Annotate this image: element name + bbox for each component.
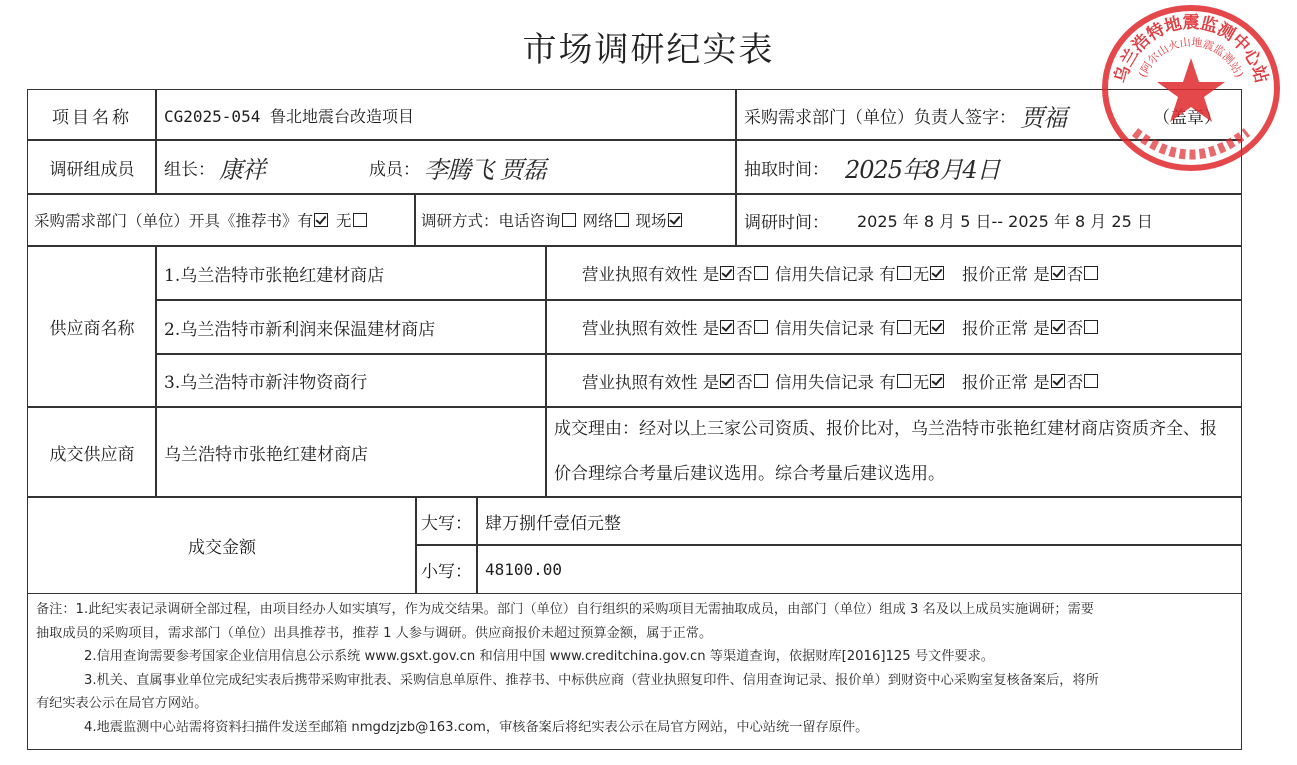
team-members-cell: 组长： 康祥 成员： 李腾飞 贾磊 [155, 139, 737, 195]
research-time-cell: 调研时间： 2025 年 8 月 5 日-- 2025 年 8 月 25 日 [735, 193, 1242, 247]
amount-label: 成交金额 [27, 496, 417, 594]
license-yes-label: 是 [703, 261, 720, 285]
winner-label: 成交供应商 [27, 406, 157, 498]
method-phone-checkbox[interactable] [562, 213, 576, 227]
note-3b: 有纪实表公示在局官方网站。 [36, 692, 1233, 716]
recommend-no-label: 无 [336, 209, 352, 231]
research-time-value: 2025 年 8 月 5 日-- 2025 年 8 月 25 日 [857, 209, 1153, 232]
note-2: 2.信用查询需要参考国家企业信用信息公示系统 www.gsxt.gov.cn 和… [36, 645, 1233, 669]
supplier-2-credit-has-checkbox[interactable] [897, 320, 911, 334]
amount-upper-value: 肆万捌仟壹佰元整 [476, 496, 1242, 546]
credit-none-label: 无 [913, 261, 930, 285]
note-4: 4.地震监测中心站需将资料扫描件发送至邮箱 nmgdzjzb@163.com，审… [36, 716, 1233, 740]
supplier-1-license-no-checkbox[interactable] [754, 266, 768, 280]
supplier-2-quote-yes-checkbox[interactable] [1051, 320, 1065, 334]
quote-yes-label: 是 [1033, 369, 1050, 393]
project-name-value: CG2025-054 鲁北地震台改造项目 [155, 89, 737, 141]
credit-none-label: 无 [913, 369, 930, 393]
supplier-3-quote-yes-checkbox[interactable] [1051, 374, 1065, 388]
method-label: 调研方式： [421, 209, 499, 231]
supplier-2-name: 2.乌兰浩特市新利润来保温建材商店 [155, 299, 547, 355]
supplier-2-license-no-checkbox[interactable] [754, 320, 768, 334]
license-yes-label: 是 [703, 315, 720, 339]
quote-label: 报价正常 [962, 369, 1028, 393]
winner-reason: 成交理由：经对以上三家公司资质、报价比对，乌兰浩特市张艳红建材商店资质齐全、报价… [545, 406, 1242, 498]
license-label: 营业执照有效性 [582, 369, 698, 393]
signature-handwriting: 贾福 [1020, 98, 1066, 133]
method-online-checkbox[interactable] [615, 213, 629, 227]
supplier-1-name: 1.乌兰浩特市张艳红建材商店 [155, 245, 547, 301]
recommend-yes-checkbox[interactable] [314, 213, 328, 227]
recommend-text: 采购需求部门（单位）开具《推荐书》有 [34, 209, 313, 231]
note-1b: 抽取成员的采购项目，需求部门（单位）出具推荐书，推荐 1 人参与调研。供应商报价… [36, 622, 1233, 646]
quote-no-label: 否 [1067, 315, 1084, 339]
leader-signature: 康祥 [219, 150, 369, 185]
project-name-label: 项目名称 [27, 89, 157, 141]
method-onsite-label: 现场 [636, 209, 667, 231]
supplier-1-checks: 营业执照有效性 是否 信用失信记录 有无 报价正常 是否 [545, 245, 1242, 301]
supplier-1-credit-none-checkbox[interactable] [930, 266, 944, 280]
supplier-3-quote-no-checkbox[interactable] [1084, 374, 1098, 388]
supplier-2-credit-none-checkbox[interactable] [930, 320, 944, 334]
credit-label: 信用失信记录 [775, 369, 874, 393]
signature-label: 采购需求部门（单位）负责人签字： [744, 103, 1016, 128]
credit-none-label: 无 [913, 315, 930, 339]
supplier-3-name: 3.乌兰浩特市新沣物资商行 [155, 353, 547, 408]
members-signature: 李腾飞 贾磊 [424, 150, 546, 185]
supplier-1-quote-yes-checkbox[interactable] [1051, 266, 1065, 280]
supplier-1-license-yes-checkbox[interactable] [720, 266, 734, 280]
members-label: 成员： [369, 155, 420, 180]
note-1a: 备注：1.此纪实表记录调研全部过程，由项目经办人如实填写，作为成交结果。部门（单… [36, 598, 1233, 622]
supplier-2-license-yes-checkbox[interactable] [720, 320, 734, 334]
method-onsite-checkbox[interactable] [668, 213, 682, 227]
amount-lower-value: 48100.00 [476, 544, 1242, 594]
license-no-label: 否 [736, 369, 753, 393]
license-no-label: 否 [736, 315, 753, 339]
suppliers-label: 供应商名称 [27, 245, 157, 408]
credit-has-label: 有 [879, 261, 896, 285]
credit-has-label: 有 [879, 369, 896, 393]
supplier-3-credit-none-checkbox[interactable] [930, 374, 944, 388]
quote-yes-label: 是 [1033, 261, 1050, 285]
notes-section: 备注：1.此纪实表记录调研全部过程，由项目经办人如实填写，作为成交结果。部门（单… [27, 593, 1242, 750]
license-no-label: 否 [736, 261, 753, 285]
quote-no-label: 否 [1067, 261, 1084, 285]
recommend-cell: 采购需求部门（单位）开具《推荐书》有 无 [27, 193, 416, 247]
license-yes-label: 是 [703, 369, 720, 393]
research-time-label: 调研时间： [744, 208, 829, 233]
supplier-3-checks: 营业执照有效性 是否 信用失信记录 有无 报价正常 是否 [545, 353, 1242, 408]
supplier-3-license-yes-checkbox[interactable] [720, 374, 734, 388]
license-label: 营业执照有效性 [582, 315, 698, 339]
quote-label: 报价正常 [962, 315, 1028, 339]
team-label: 调研组成员 [27, 139, 157, 195]
leader-label: 组长： [164, 155, 215, 180]
supplier-2-checks: 营业执照有效性 是否 信用失信记录 有无 报价正常 是否 [545, 299, 1242, 355]
page-title: 市场调研纪实表 [0, 22, 1297, 71]
supplier-2-quote-no-checkbox[interactable] [1084, 320, 1098, 334]
quote-yes-label: 是 [1033, 315, 1050, 339]
method-online-label: 网络 [583, 209, 614, 231]
supplier-3-credit-has-checkbox[interactable] [897, 374, 911, 388]
draw-time-cell: 抽取时间： 2025年8月4日 [735, 139, 1242, 195]
amount-lower-label: 小写： [415, 544, 478, 594]
quote-no-label: 否 [1067, 369, 1084, 393]
winner-value: 乌兰浩特市张艳红建材商店 [155, 406, 547, 498]
recommend-no-checkbox[interactable] [353, 213, 367, 227]
license-label: 营业执照有效性 [582, 261, 698, 285]
quote-label: 报价正常 [962, 261, 1028, 285]
credit-label: 信用失信记录 [775, 315, 874, 339]
note-3a: 3.机关、直属事业单位完成纪实表后携带采购审批表、采购信息单原件、推荐书、中标供… [36, 669, 1233, 693]
supplier-3-license-no-checkbox[interactable] [754, 374, 768, 388]
seal-label: （盖章） [1153, 103, 1221, 128]
method-phone-label: 电话咨询 [499, 209, 561, 231]
method-cell: 调研方式： 电话咨询 网络 现场 [414, 193, 737, 247]
credit-has-label: 有 [879, 315, 896, 339]
supplier-1-quote-no-checkbox[interactable] [1084, 266, 1098, 280]
draw-time-label: 抽取时间： [744, 155, 829, 180]
credit-label: 信用失信记录 [775, 261, 874, 285]
signature-cell: 采购需求部门（单位）负责人签字： 贾福 （盖章） [735, 89, 1242, 141]
supplier-1-credit-has-checkbox[interactable] [897, 266, 911, 280]
amount-upper-label: 大写： [415, 496, 478, 546]
draw-time-handwriting: 2025年8月4日 [845, 150, 1000, 185]
